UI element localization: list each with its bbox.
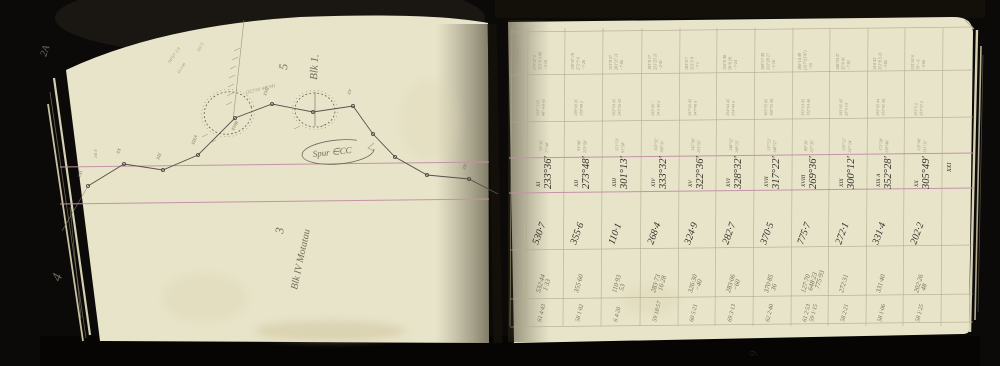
calc-mid-line: 131°3 2 bbox=[913, 103, 918, 116]
calc-top-line: 153°8 27 bbox=[608, 54, 613, 70]
station-numeral: XXI bbox=[947, 162, 953, 173]
calc-mid-line: 134°44 45 bbox=[725, 99, 730, 116]
observed-bearing: 148°57′ bbox=[772, 140, 777, 153]
sketch-annotation: 141·4 bbox=[94, 149, 98, 158]
station-numeral: XIX A bbox=[876, 173, 882, 188]
calc-top-line: −7·1 bbox=[695, 62, 700, 70]
back-bearing: 53°36′ bbox=[538, 140, 543, 151]
calc-top-line: 79°−6 bbox=[916, 59, 921, 70]
calc-top-line: −3·82 bbox=[883, 60, 888, 70]
back-bearing: 153°32′ bbox=[653, 138, 658, 151]
sketch-annotation: Blk 1. bbox=[308, 54, 321, 80]
bearing-value: 269°36′ bbox=[808, 156, 819, 189]
gutter bbox=[492, 24, 498, 343]
station-numeral: XIV bbox=[651, 178, 657, 188]
station-numeral: XVIII bbox=[801, 173, 807, 188]
calc-mid-line: 133°45 44 bbox=[875, 99, 880, 116]
calc-top-line: 103°4 7 bbox=[684, 56, 689, 70]
observed-bearing: 77°48′ bbox=[544, 142, 549, 153]
calc-top-line: 25°6 41 bbox=[841, 57, 846, 70]
bearing-value: 352°28′ bbox=[883, 156, 894, 190]
calc-mid-line: 147°40 4 bbox=[693, 101, 698, 116]
calc-top-line: 353°8 5·11 bbox=[878, 52, 883, 70]
calc-top-line: 168°57 40 bbox=[760, 53, 765, 70]
calc-top-line: 186°14 40 bbox=[797, 53, 802, 70]
sketch-annotation: 5 bbox=[276, 63, 290, 70]
calc-top-line: 353°8 5·48 bbox=[538, 52, 543, 70]
observed-bearing: 190°11′ bbox=[659, 140, 664, 153]
back-bearing: 137°22′ bbox=[766, 138, 771, 151]
calc-mid-line: 131°31 2 bbox=[919, 101, 924, 116]
calc-mid-line: 139°43 11 bbox=[573, 99, 578, 116]
bearing-value: 300°12′ bbox=[846, 156, 857, 190]
bearing-value: 305°49′ bbox=[921, 156, 932, 190]
calc-mid-line: 133°14 45 bbox=[800, 99, 805, 116]
calc-mid-line: 134°44 4 bbox=[731, 101, 736, 116]
calc-top-line: −16 bbox=[808, 62, 813, 70]
calc-top-line: 14·8 42 bbox=[872, 58, 877, 70]
back-bearing: 120°12′ bbox=[841, 138, 846, 151]
calc-top-line: −7·14 bbox=[733, 60, 738, 70]
bearing-value: 273°48′ bbox=[581, 156, 592, 189]
calc-top-line: 139°47 10 bbox=[570, 53, 575, 70]
station-numeral: XV bbox=[688, 180, 694, 188]
back-bearing: 125°49′ bbox=[916, 138, 921, 151]
book-cover-top-right bbox=[495, 0, 985, 18]
calc-top-line: 201°27 11 bbox=[614, 53, 619, 70]
calc-top-line: −7·86 bbox=[619, 59, 624, 70]
observed-bearing: 253°58′ bbox=[582, 140, 587, 153]
observed-bearing: 131°11′ bbox=[922, 140, 927, 153]
calc-mid-line: 133°41 40 bbox=[881, 99, 886, 116]
calc-top-line: 156°8 40 bbox=[722, 55, 727, 70]
calc-top-line: 312°28 17 bbox=[766, 52, 771, 70]
observed-bearing: 147°24′ bbox=[847, 140, 852, 153]
calc-mid-line: 243°36 42 bbox=[617, 99, 622, 116]
calc-top-line: −3·66 bbox=[921, 59, 926, 70]
calc-top-line: −2·16 bbox=[543, 59, 548, 70]
calc-mid-line: 153° 3·15 bbox=[535, 100, 540, 116]
observed-bearing: 139°48′ bbox=[884, 140, 889, 153]
bearing-value: 328°32′ bbox=[733, 156, 744, 190]
calc-top-line: −7·26 bbox=[581, 59, 586, 70]
observed-bearing: 149°25′ bbox=[734, 140, 739, 153]
calc-top-line: 183°8 17 bbox=[647, 54, 652, 70]
calc-mid-line: 168°35 40 bbox=[769, 99, 774, 116]
calc-mid-line: 163°35 05 bbox=[763, 99, 768, 116]
back-bearing: 142°36′ bbox=[690, 138, 695, 151]
station-numeral: XIX bbox=[839, 178, 845, 188]
back-bearing: 148°32′ bbox=[728, 138, 733, 151]
calc-mid-line: 143°45 − bbox=[650, 100, 655, 116]
bearing-value: 317°22′ bbox=[771, 156, 782, 190]
calc-top-line: 313°2 8 bbox=[690, 57, 695, 70]
scene-svg: XXIXXXIXXIXAXVIIIXVIIXVXII2A74°57′ 1·015… bbox=[0, 0, 1000, 366]
calc-mid-line: 147°43 45 bbox=[687, 99, 692, 116]
station-numeral: XX bbox=[914, 180, 920, 188]
bearing-value: 301°13′ bbox=[619, 156, 630, 190]
station-numeral: XVI bbox=[726, 177, 732, 188]
station-numeral: XIII bbox=[612, 177, 618, 188]
back-bearing: 93°48′ bbox=[576, 140, 581, 151]
calc-top-line: 148°34 47 bbox=[835, 52, 840, 70]
calc-top-line: (317°21′47) bbox=[803, 50, 808, 70]
margin-note: 77·5·14·43 bbox=[515, 49, 520, 66]
calc-top-line: 58°8 28 bbox=[728, 57, 733, 70]
calc-top-line: 272°5 6 bbox=[576, 56, 581, 70]
calc-mid-line: 14·5 40 2 bbox=[656, 101, 661, 116]
left-gutter-shade bbox=[436, 24, 489, 343]
station-numeral: XII bbox=[574, 179, 580, 188]
calc-top-line: 231°25 11 bbox=[653, 53, 658, 70]
station-numeral: XVII bbox=[764, 175, 770, 188]
calc-mid-line: 25°4 14 bbox=[844, 103, 849, 116]
observed-bearing: 137°35′ bbox=[809, 140, 814, 153]
calc-top-line: −1·16 bbox=[771, 59, 776, 70]
back-bearing: 172°28′ bbox=[878, 138, 883, 151]
observed-bearing: 91°58′ bbox=[620, 142, 625, 153]
calc-top-line: 133°41 6 bbox=[910, 54, 915, 70]
calc-mid-line: 132°14 40 bbox=[806, 99, 811, 116]
observed-bearing: 153°55′ bbox=[696, 140, 701, 153]
back-bearing: 89°36′ bbox=[803, 140, 808, 151]
notebook-photo: XXIXXXIXXIXAXVIIIXVIIXVXII2A74°57′ 1·015… bbox=[0, 0, 1000, 366]
calc-mid-line: 48° 4·6·43 bbox=[541, 99, 546, 116]
bearing-value: 333°32′ bbox=[658, 156, 669, 190]
calc-top-line: 175°47 2 bbox=[532, 55, 537, 70]
calc-mid-line: 143°45 45 bbox=[838, 99, 843, 116]
calc-top-line: −7·81 bbox=[846, 60, 851, 70]
calc-mid-line: 139°48 2 bbox=[579, 101, 584, 116]
calc-mid-line: 153°34 45 bbox=[611, 99, 616, 116]
bearing-value: 322°36′ bbox=[695, 156, 706, 190]
back-bearing: 121°13′ bbox=[614, 138, 619, 151]
bearing-value: 233°36′ bbox=[543, 156, 554, 189]
calc-top-line: −2·41 bbox=[658, 60, 663, 70]
